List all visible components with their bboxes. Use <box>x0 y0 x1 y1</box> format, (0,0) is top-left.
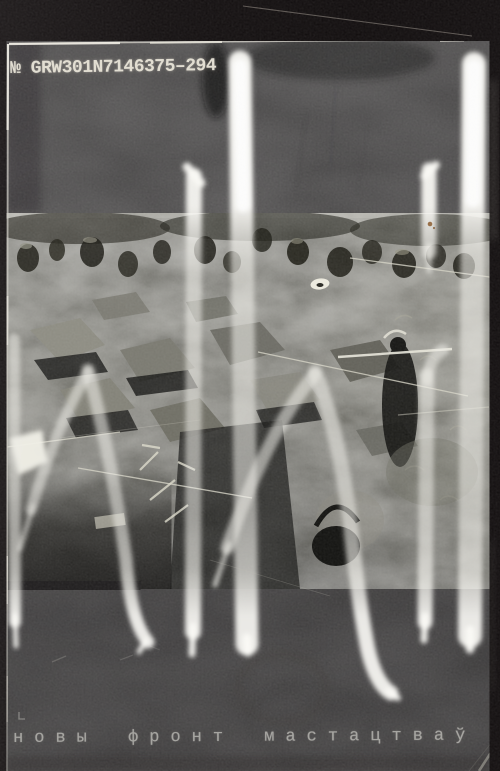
footer-title: новы фронт мастацтваў <box>13 727 476 749</box>
scanned-magazine-cover: № GRW301N7146375–294 новы фронт мастацтв… <box>0 0 500 771</box>
film-grain <box>0 0 500 771</box>
serial-number: № GRW301N7146375–294 <box>10 55 216 80</box>
cover-artwork <box>0 0 500 771</box>
